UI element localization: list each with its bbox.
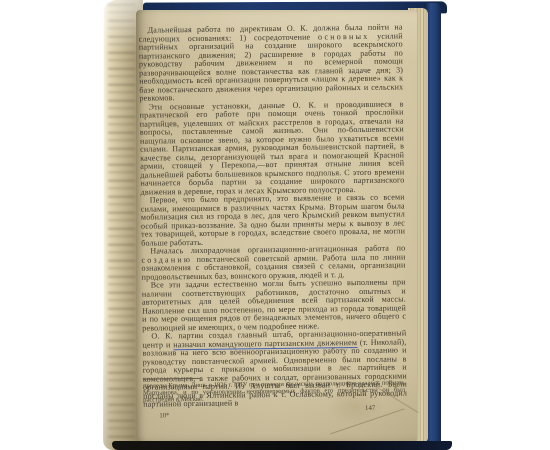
page-number: 147: [365, 405, 375, 412]
book-page: Дальнейшая работа по директивам О. К. до…: [136, 10, 417, 441]
text-segment: Эти основные установки, данные О. К. и п…: [140, 99, 405, 196]
book-photo: Дальнейшая работа по директивам О. К. до…: [0, 0, 550, 450]
text-segment: Все эти задачи естественно могли быть ус…: [142, 277, 406, 332]
text-segment: усилий партийных организаций на создание…: [139, 31, 404, 103]
corner-crease: [330, 408, 404, 434]
page-content: Дальнейшая работа по директивам О. К. до…: [133, 8, 419, 442]
main-text-block: Дальнейшая работа по директивам О. К. до…: [139, 23, 408, 409]
paragraph: Дальнейшая работа по директивам О. К. до…: [139, 23, 404, 103]
paragraph: Все эти задачи естественно могли быть ус…: [142, 278, 407, 332]
paragraph: Первое, что было предпринято, это выявле…: [141, 193, 406, 247]
paragraph: Эти основные установки, данные О. К. и п…: [139, 100, 404, 197]
text-segment: Первое, что было предпринято, это выявле…: [141, 192, 405, 247]
paragraph: Началась лихорадочная организационно-аги…: [141, 244, 405, 281]
footnote-text: пределы Крыма. Лишь в 1926 г. ГПУ при по…: [143, 379, 405, 403]
signature-mark: 10*: [159, 412, 169, 419]
